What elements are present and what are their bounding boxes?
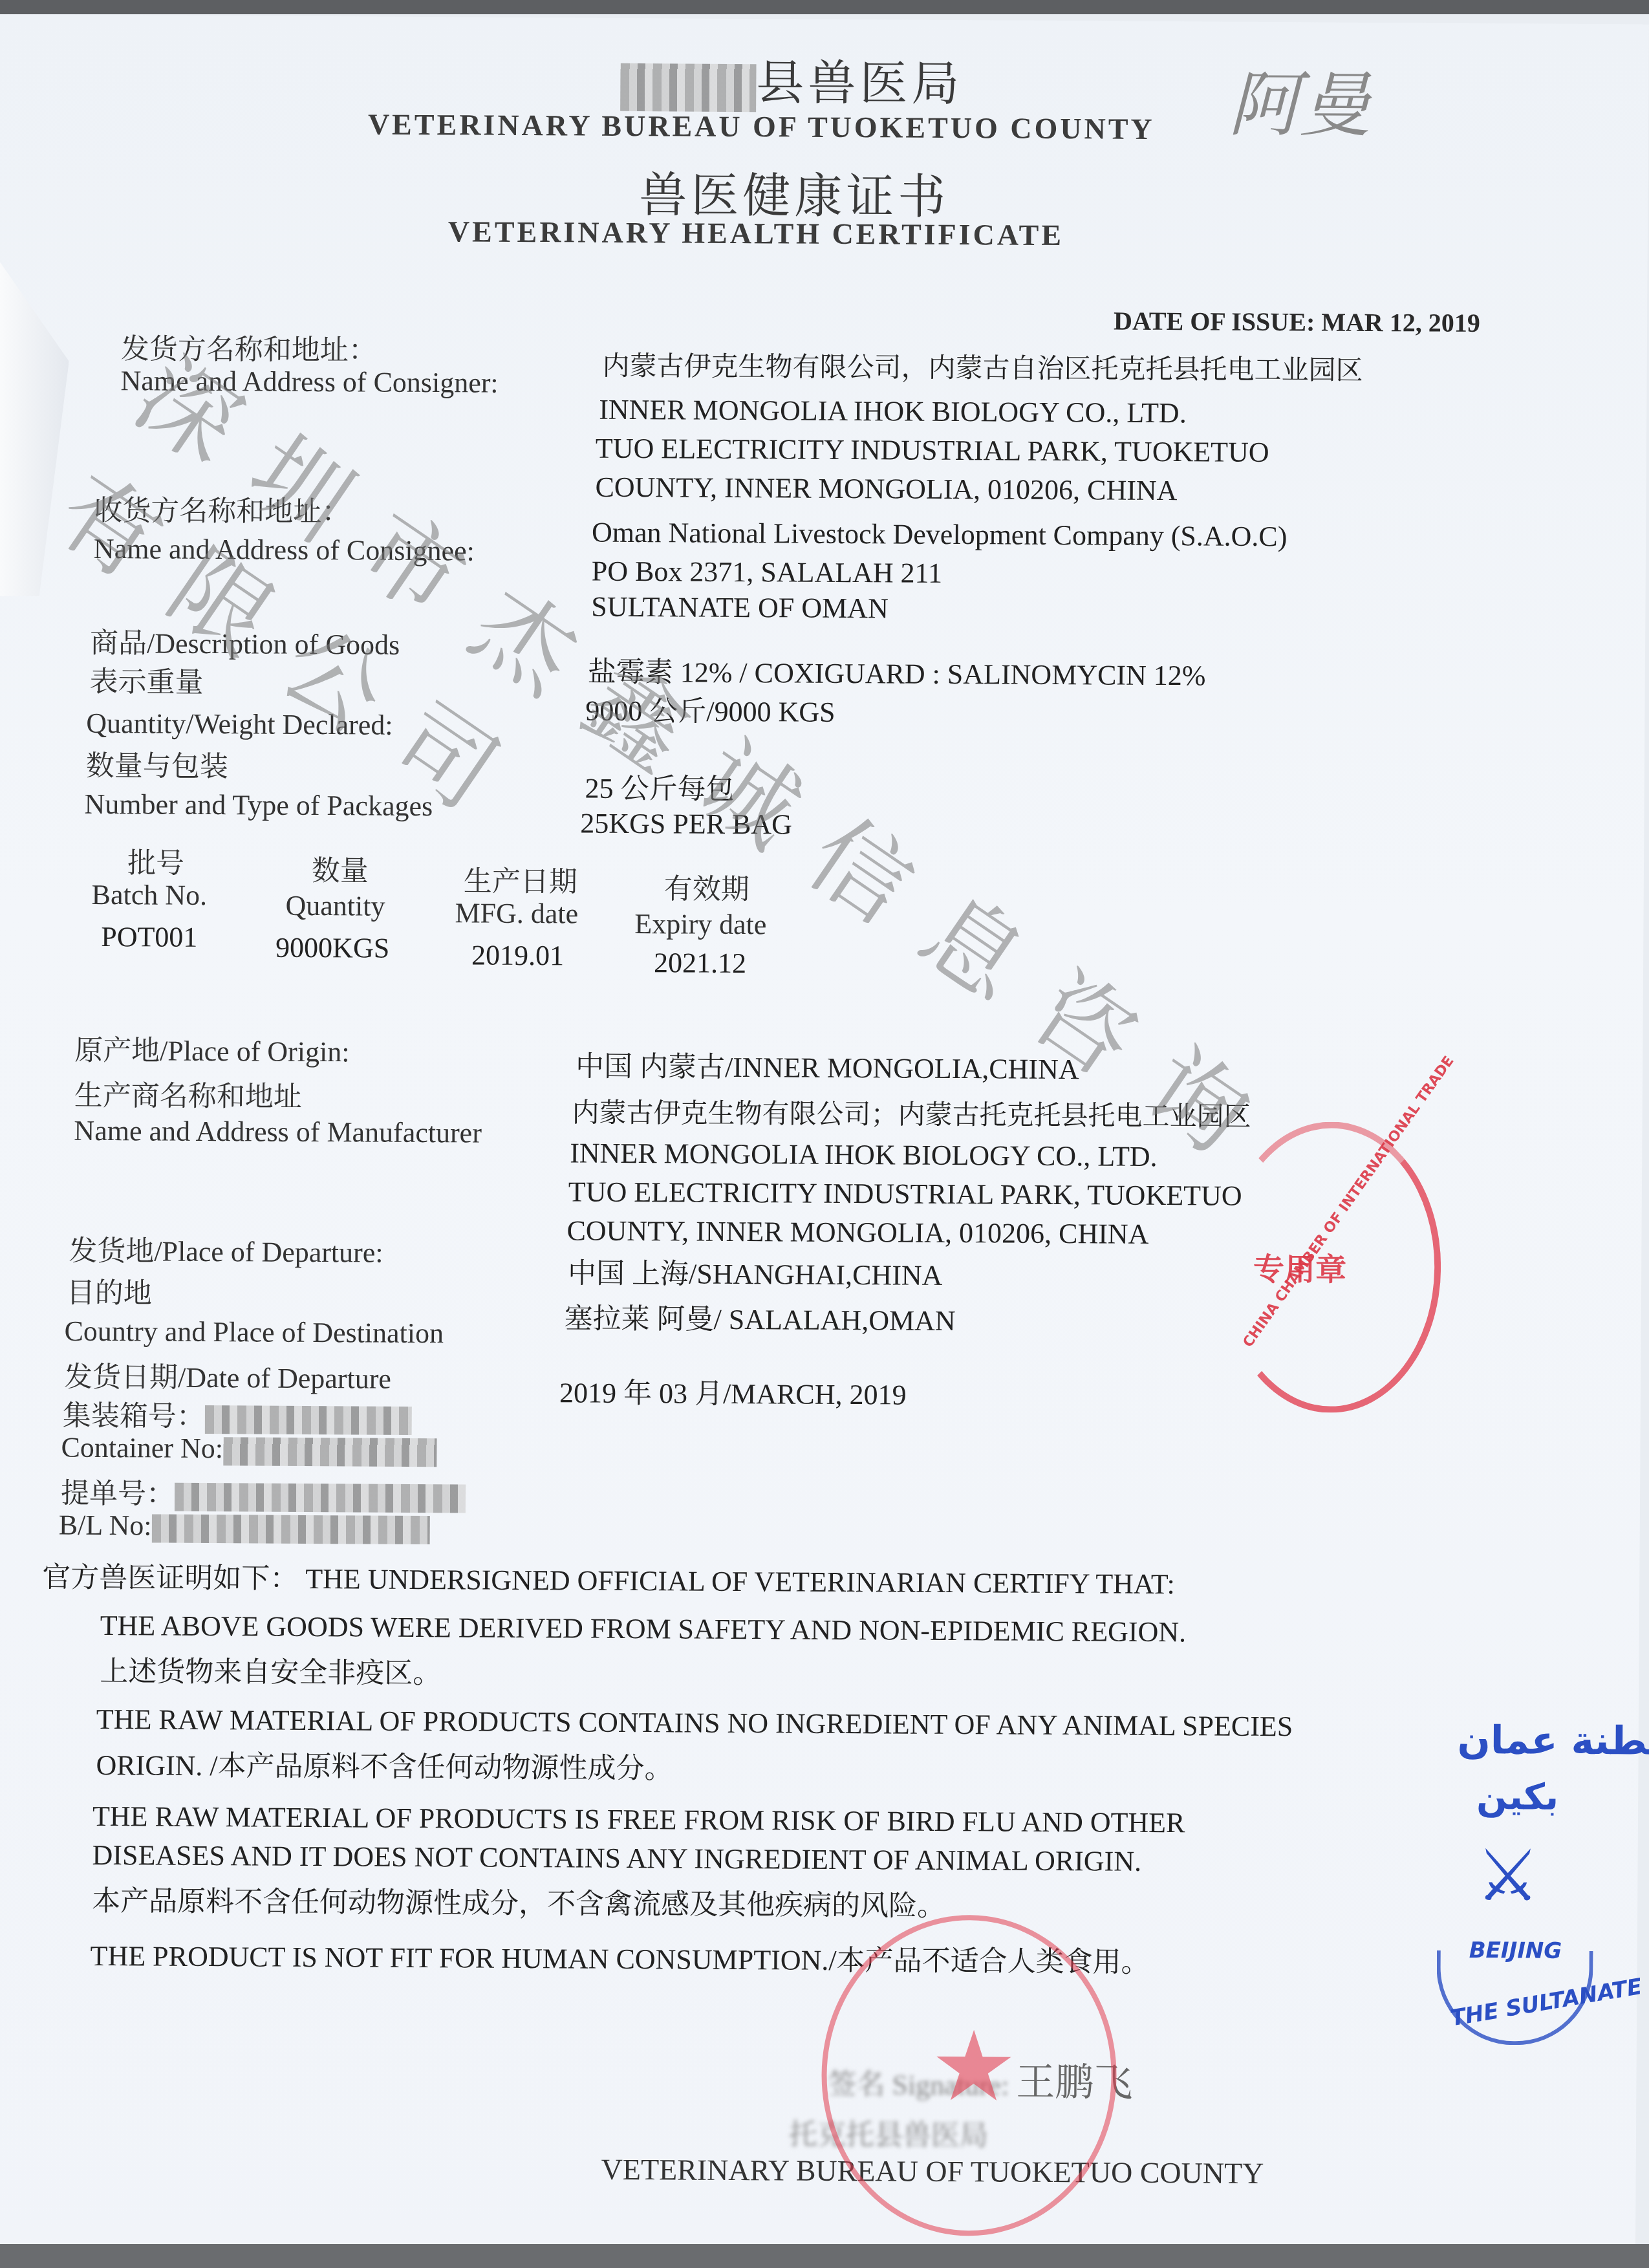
quantity-value: 9000KGS [275, 931, 389, 965]
departure-date-label: 发货日期/Date of Departure [64, 1354, 391, 1397]
scan-bottom-edge [0, 2244, 1649, 2268]
date-of-issue: DATE OF ISSUE: MAR 12, 2019 [1114, 306, 1480, 338]
blue-stamp-arabic-city: بكين [1476, 1776, 1558, 1819]
departure-value: 中国 上海/SHANGHAI,CHINA [568, 1249, 943, 1293]
container-label-en-text: Container No: [61, 1432, 223, 1465]
statement-3-en2: DISEASES AND IT DOES NOT CONTAINS ANY IN… [92, 1839, 1141, 1878]
handwritten-note: 阿曼 [1228, 48, 1371, 151]
issuing-bureau-cn: 托克托县兽医局县兽医局 [620, 44, 964, 114]
bl-label-cn: 提单号： [61, 1470, 466, 1514]
consigner-line-2: INNER MONGOLIA IHOK BIOLOGY CO., LTD. [599, 393, 1187, 430]
departure-label: 发货地/Place of Departure: [69, 1227, 383, 1271]
red-bureau-stamp: ★ [821, 1914, 1117, 2237]
scan-top-edge [0, 0, 1649, 14]
consigner-line-1: 内蒙古伊克生物有限公司，内蒙古自治区托克托县托电工业园区 [603, 345, 1363, 388]
batch-header-en: Batch No. [92, 878, 208, 912]
redacted-bl-no-en [151, 1514, 429, 1544]
packages-label-en: Number and Type of Packages [84, 788, 433, 823]
batch-header-cn: 批号 [127, 839, 184, 881]
redacted-container-no-en [223, 1437, 436, 1467]
bureau-cn-visible: 县兽医局 [756, 57, 963, 111]
statement-3-en: THE RAW MATERIAL OF PRODUCTS IS FREE FRO… [92, 1800, 1185, 1839]
destination-value: 塞拉莱 阿曼/ SALALAH,OMAN [565, 1295, 956, 1339]
certificate-page: 托克托县兽医局县兽医局 VETERINARY BUREAU OF TUOKETU… [0, 14, 1649, 2256]
statement-2-en2: ORIGIN. /本产品原料不含任何动物源性成分。 [96, 1742, 673, 1786]
certification-intro: 官方兽医证明如下： THE UNDERSIGNED OFFICIAL OF VE… [42, 1553, 1175, 1602]
redacted-container-no [205, 1405, 412, 1435]
bl-label-cn-text: 提单号： [61, 1478, 175, 1510]
consignee-line-2: PO Box 2371, SALALAH 211 [592, 555, 943, 590]
batch-value: POT001 [101, 920, 197, 954]
redacted-block [620, 63, 756, 112]
statement-3-cn: 本产品原料不含任何动物源性成分，不含禽流感及其他疾病的风险。 [92, 1877, 945, 1924]
weight-label-cn: 表示重量 [90, 658, 204, 700]
container-label-cn-text: 集装箱号： [63, 1400, 205, 1432]
certificate-title-en: VETERINARY HEALTH CERTIFICATE [448, 214, 1064, 252]
date-of-issue-value: MAR 12, 2019 [1321, 307, 1480, 337]
manufacturer-label-cn: 生产商名称和地址 [74, 1072, 302, 1115]
certification-intro-en: THE UNDERSIGNED OFFICIAL OF VETERINARIAN… [305, 1563, 1175, 1600]
consignee-line-1: Oman National Livestock Development Comp… [592, 516, 1288, 554]
issuing-bureau-en: VETERINARY BUREAU OF TUOKETUO COUNTY [368, 107, 1155, 146]
consigner-line-4: COUNTY, INNER MONGOLIA, 010206, CHINA [595, 471, 1177, 507]
container-label-en: Container No: [61, 1431, 436, 1467]
destination-label-en: Country and Place of Destination [64, 1315, 444, 1350]
date-of-issue-label: DATE OF ISSUE: [1114, 307, 1315, 337]
redacted-bl-no [175, 1483, 466, 1513]
manufacturer-label-en: Name and Address of Manufacturer [74, 1114, 482, 1150]
blue-stamp-arabic-top: سلطنة عمان [1458, 1718, 1649, 1764]
packages-label-cn: 数量与包装 [86, 742, 228, 784]
bl-label-en-text: B/L No: [59, 1509, 152, 1542]
departure-date-value: 2019 年 03 月/MARCH, 2019 [559, 1369, 907, 1412]
batch-table: 批号 Batch No. POT001 数量 Quantity 9000KGS … [0, 14, 1649, 25]
certification-intro-cn: 官方兽医证明如下： [42, 1561, 298, 1594]
blue-stamp-ring [1436, 1950, 1593, 2046]
consigner-line-3: TUO ELECTRICITY INDUSTRIAL PARK, TUOKETU… [596, 432, 1269, 469]
container-label-cn: 集装箱号： [63, 1392, 412, 1436]
quantity-header-cn: 数量 [312, 847, 369, 889]
statement-1-en: THE ABOVE GOODS WERE DERIVED FROM SAFETY… [100, 1609, 1187, 1648]
star-icon: ★ [930, 2011, 1018, 2124]
statement-1-cn: 上述货物来自安全非疫区。 [100, 1648, 441, 1691]
mfg-value: 2019.01 [471, 938, 564, 972]
origin-label: 原产地/Place of Origin: [74, 1027, 350, 1070]
bl-label-en: B/L No: [59, 1509, 430, 1544]
quantity-header-en: Quantity [285, 889, 385, 923]
blue-embassy-stamp: سلطنة عمان بكين ⚔ BEIJING THE SULTANATE [1449, 1718, 1580, 2042]
statement-2-en: THE RAW MATERIAL OF PRODUCTS CONTAINS NO… [96, 1703, 1293, 1743]
consignee-line-3: SULTANATE OF OMAN [591, 590, 889, 625]
khanjar-emblem-icon: ⚔ [1476, 1834, 1540, 1917]
destination-label-cn: 目的地 [67, 1269, 152, 1312]
